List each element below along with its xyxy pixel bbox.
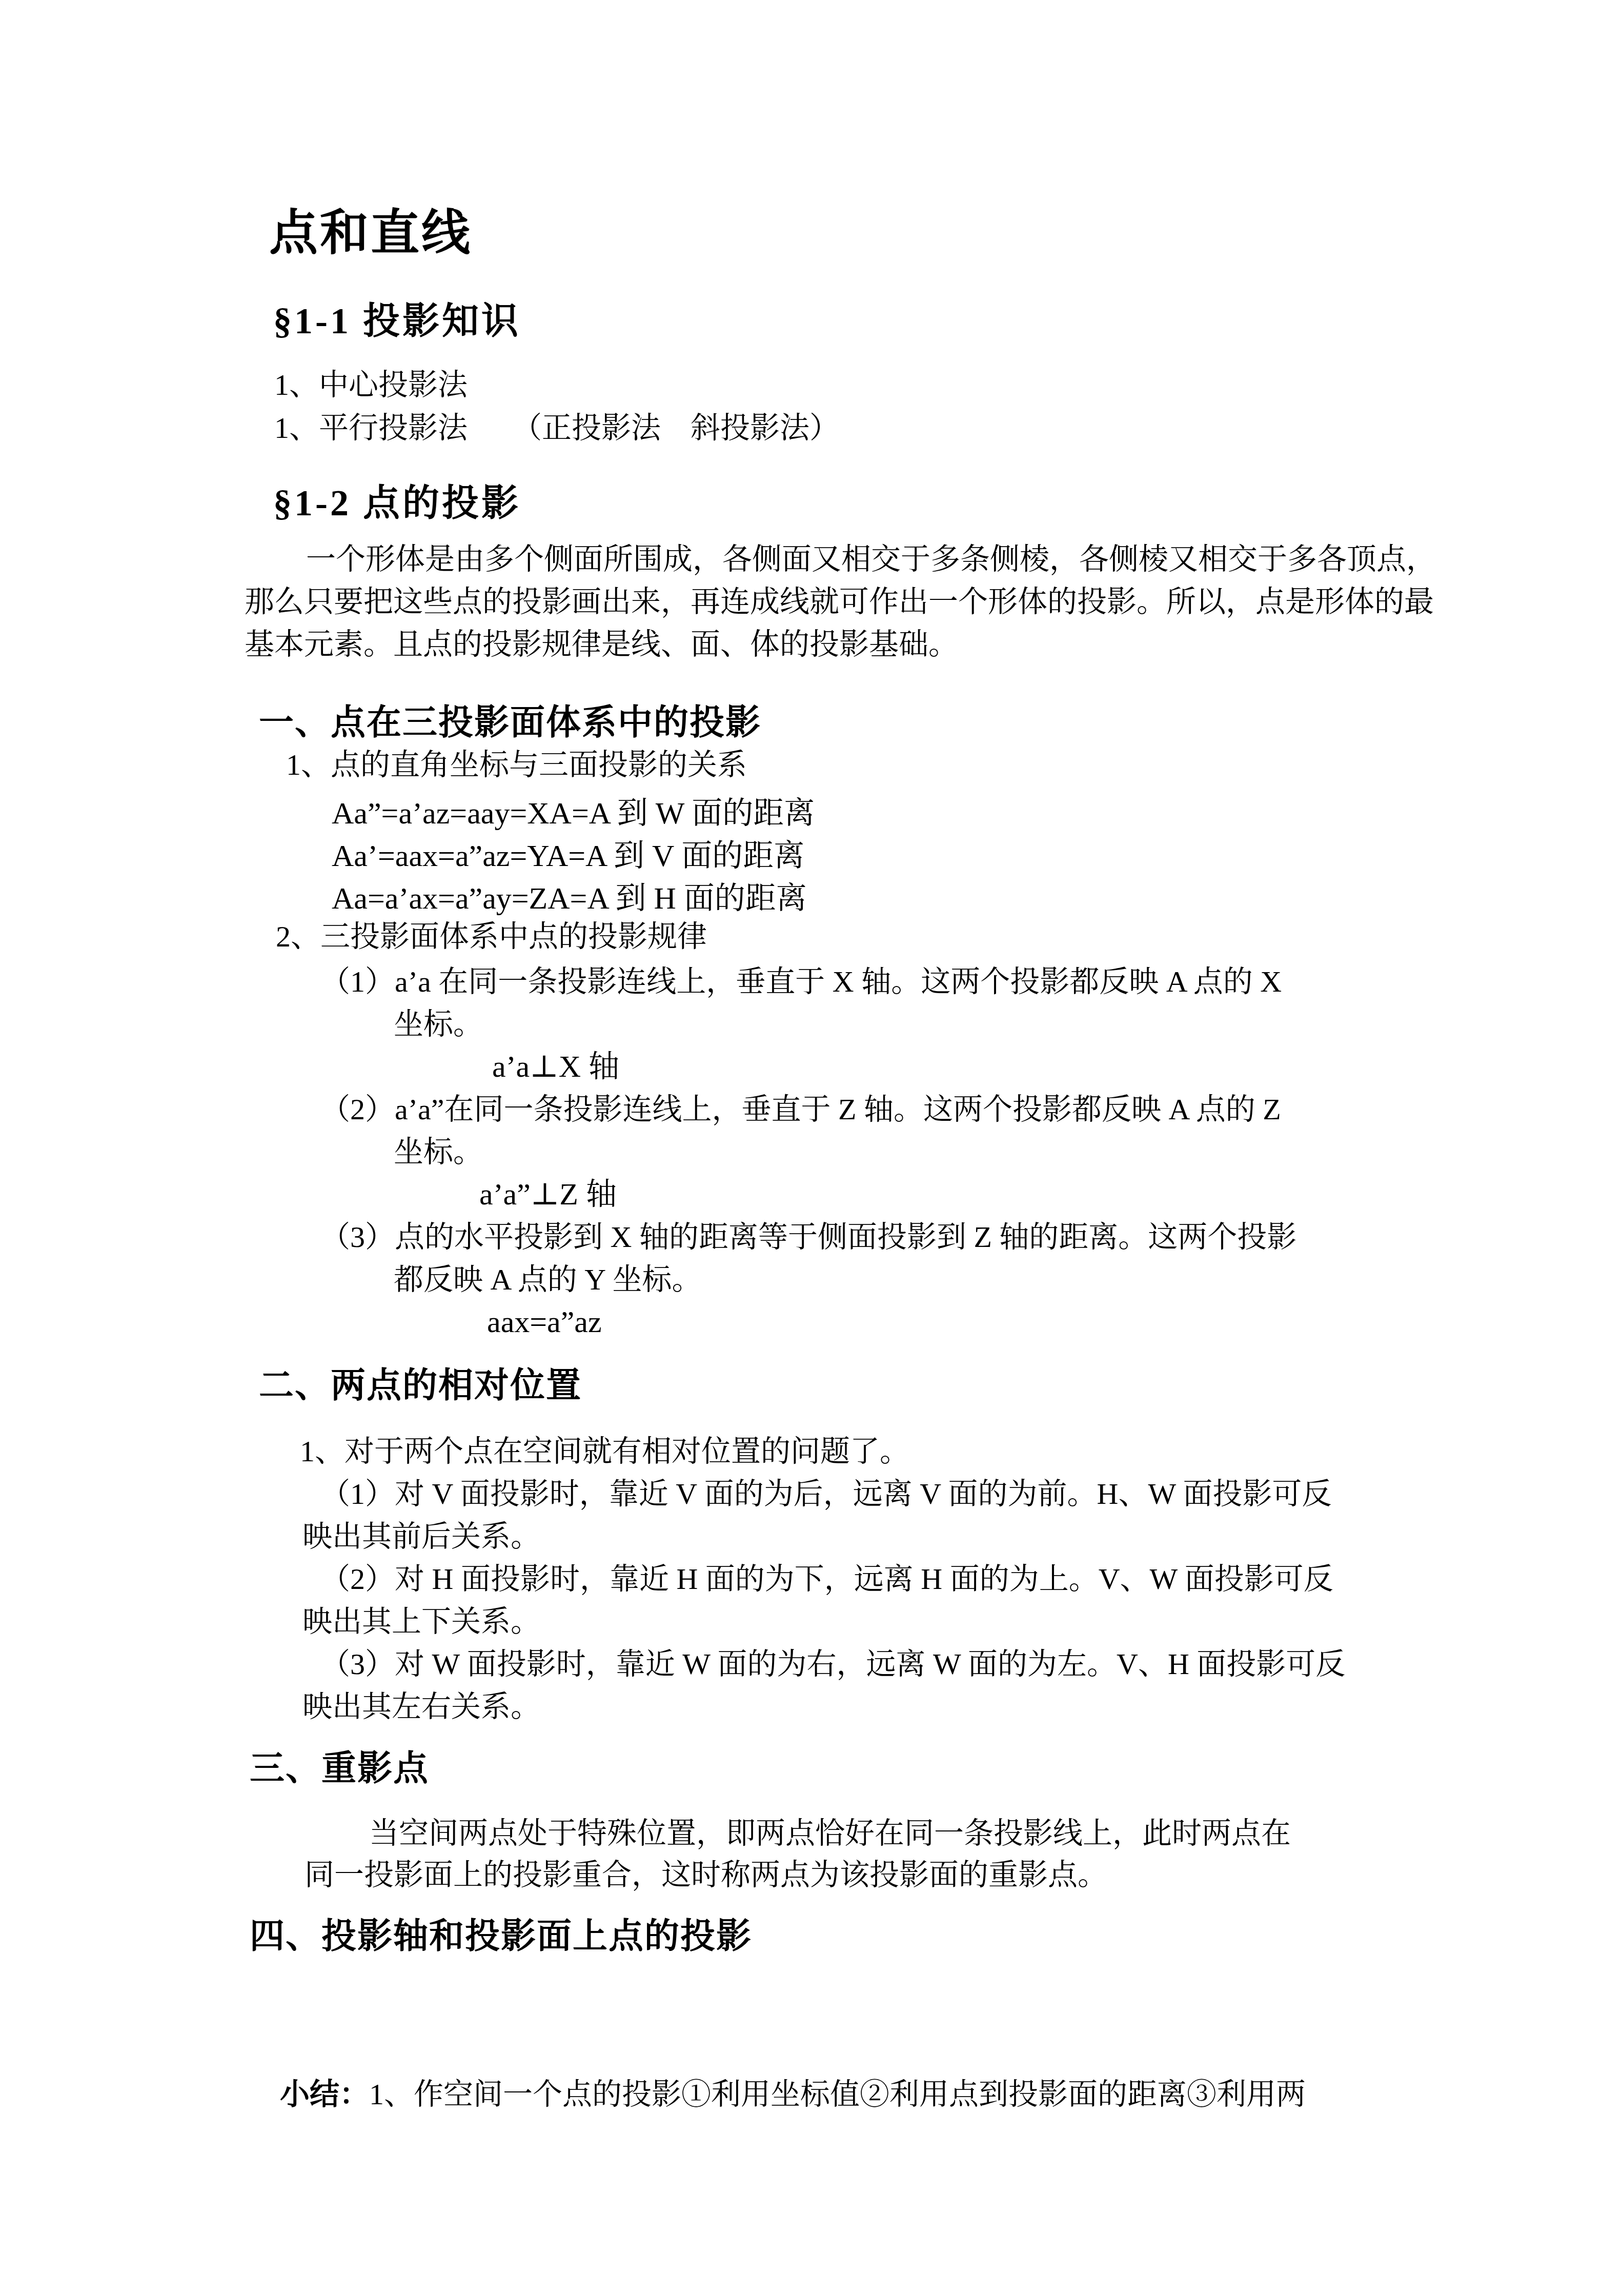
formula-line: Aa=a’ax=a”ay=ZA=A 到 H 面的距离 <box>332 883 807 914</box>
section-1-1-heading: §1-1 投影知识 <box>273 303 521 339</box>
relative-position-item: （2）对 H 面投影时，靠近 H 面的为下，远离 H 面的为上。V、W 面投影可… <box>320 1564 1333 1594</box>
paragraph-line: 基本元素。且点的投影规律是线、面、体的投影基础。 <box>245 630 958 659</box>
paragraph-line: 一个形体是由多个侧面所围成，各侧面又相交于多条侧棱，各侧棱又相交于多各顶点， <box>306 545 1436 574</box>
section-1-2-heading: §1-2 点的投影 <box>273 485 521 521</box>
formula-line: a’a⊥X 轴 <box>492 1051 619 1082</box>
formula-line: Aa”=a’az=aay=XA=A 到 W 面的距离 <box>332 798 815 829</box>
rule-line-wrap: 都反映 A 点的 Y 坐标。 <box>394 1265 701 1295</box>
relative-position-item-wrap: 映出其上下关系。 <box>302 1607 540 1637</box>
sub-item-projection-rules: 2、三投影面体系中点的投影规律 <box>276 922 707 952</box>
rule-line-wrap: 坐标。 <box>394 1137 483 1167</box>
sub-item-coordinates: 1、点的直角坐标与三面投影的关系 <box>286 750 747 780</box>
relative-position-item-wrap: 映出其左右关系。 <box>302 1692 540 1722</box>
doc-title: 点和直线 <box>269 209 472 258</box>
formula-line: aax=a”az <box>487 1306 602 1337</box>
summary-label: 小结： <box>280 2078 369 2111</box>
formula-line: a’a”⊥Z 轴 <box>479 1179 617 1210</box>
relative-position-item: （3）对 W 面投影时，靠近 W 面的为右，远离 W 面的为左。V、H 面投影可… <box>320 1649 1345 1679</box>
part-three-heading: 三、重影点 <box>250 1751 429 1786</box>
part-two-heading: 二、两点的相对位置 <box>259 1368 582 1403</box>
summary-text: 1、作空间一个点的投影①利用坐标值②利用点到投影面的距离③利用两 <box>369 2078 1306 2111</box>
part-one-heading: 一、点在三投影面体系中的投影 <box>259 705 761 740</box>
relative-position-item-wrap: 映出其前后关系。 <box>302 1522 540 1552</box>
relative-position-item: （1）对 V 面投影时，靠近 V 面的为后，远离 V 面的为前。H、W 面投影可… <box>320 1479 1332 1509</box>
paragraph-line: 当空间两点处于特殊位置，即两点恰好在同一条投影线上，此时两点在 <box>369 1819 1291 1848</box>
list-item-parallel-projection: 1、平行投影法 （正投影法 斜投影法） <box>274 413 839 443</box>
part-four-heading: 四、投影轴和投影面上点的投影 <box>250 1919 752 1953</box>
list-item-central-projection: 1、中心投影法 <box>274 370 468 400</box>
document-page: 点和直线 §1-1 投影知识 1、中心投影法 1、平行投影法 （正投影法 斜投影… <box>0 0 1622 2296</box>
relative-position-intro: 1、对于两个点在空间就有相对位置的问题了。 <box>300 1437 909 1466</box>
formula-line: Aa’=aax=a”az=YA=A 到 V 面的距离 <box>332 840 804 871</box>
rule-line: （2）a’a”在同一条投影连线上，垂直于 Z 轴。这两个投影都反映 A 点的 Z <box>320 1095 1281 1124</box>
summary-line: 小结：1、作空间一个点的投影①利用坐标值②利用点到投影面的距离③利用两 <box>250 2050 1306 2139</box>
rule-line: （3）点的水平投影到 X 轴的距离等于侧面投影到 Z 轴的距离。这两个投影 <box>320 1222 1296 1252</box>
rule-line: （1）a’a 在同一条投影连线上，垂直于 X 轴。这两个投影都反映 A 点的 X <box>320 967 1282 997</box>
paragraph-line: 那么只要把这些点的投影画出来，再连成线就可作出一个形体的投影。所以，点是形体的最 <box>245 587 1434 617</box>
paragraph-line: 同一投影面上的投影重合，这时称两点为该投影面的重影点。 <box>305 1860 1107 1890</box>
rule-line-wrap: 坐标。 <box>394 1010 483 1039</box>
